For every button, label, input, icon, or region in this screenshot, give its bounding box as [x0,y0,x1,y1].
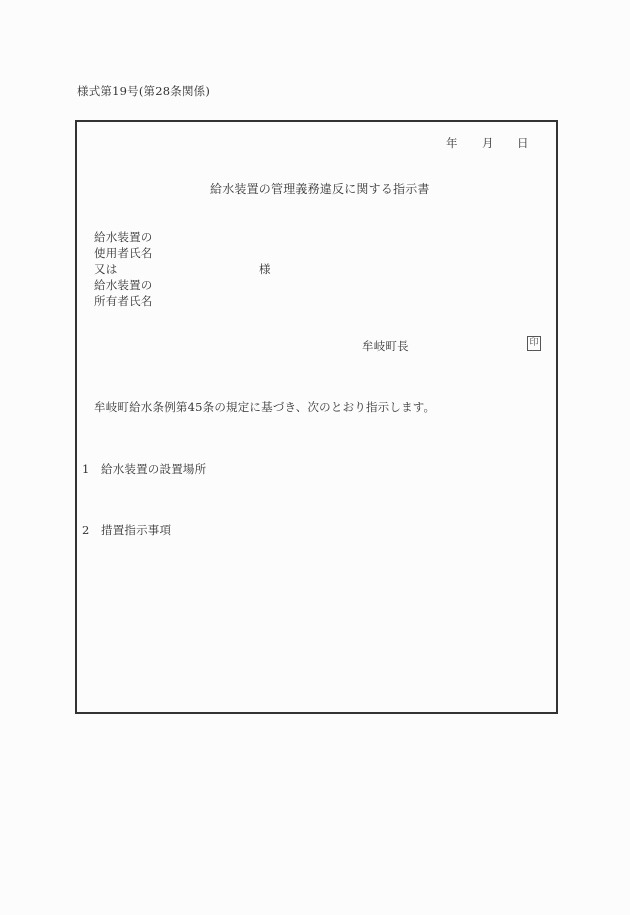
addressee-line: 給水装置の [94,278,153,292]
addressee-honorific: 様 [259,262,271,276]
issuer-name: 牟岐町長 [362,339,409,353]
date-year-label: 年 [446,136,458,150]
addressee-line: 又は [94,262,117,276]
form-number: 様式第19号(第28条関係) [77,84,210,98]
item-number: 2 [82,523,90,537]
addressee-line: 所有者氏名 [94,294,153,308]
date-month-label: 月 [482,136,494,150]
seal-icon: 印 [527,336,541,351]
item-label-installation-location: 給水装置の設置場所 [101,462,206,476]
date-day-label: 日 [517,136,529,150]
addressee-line: 使用者氏名 [94,246,153,260]
form-box [75,120,558,714]
document-title: 給水装置の管理義務違反に関する指示書 [210,182,430,196]
addressee-line: 給水装置の [94,230,153,244]
item-label-measures: 措置指示事項 [101,523,171,537]
body-text: 牟岐町給水条例第45条の規定に基づき、次のとおり指示します。 [94,400,435,414]
item-number: 1 [82,462,90,476]
